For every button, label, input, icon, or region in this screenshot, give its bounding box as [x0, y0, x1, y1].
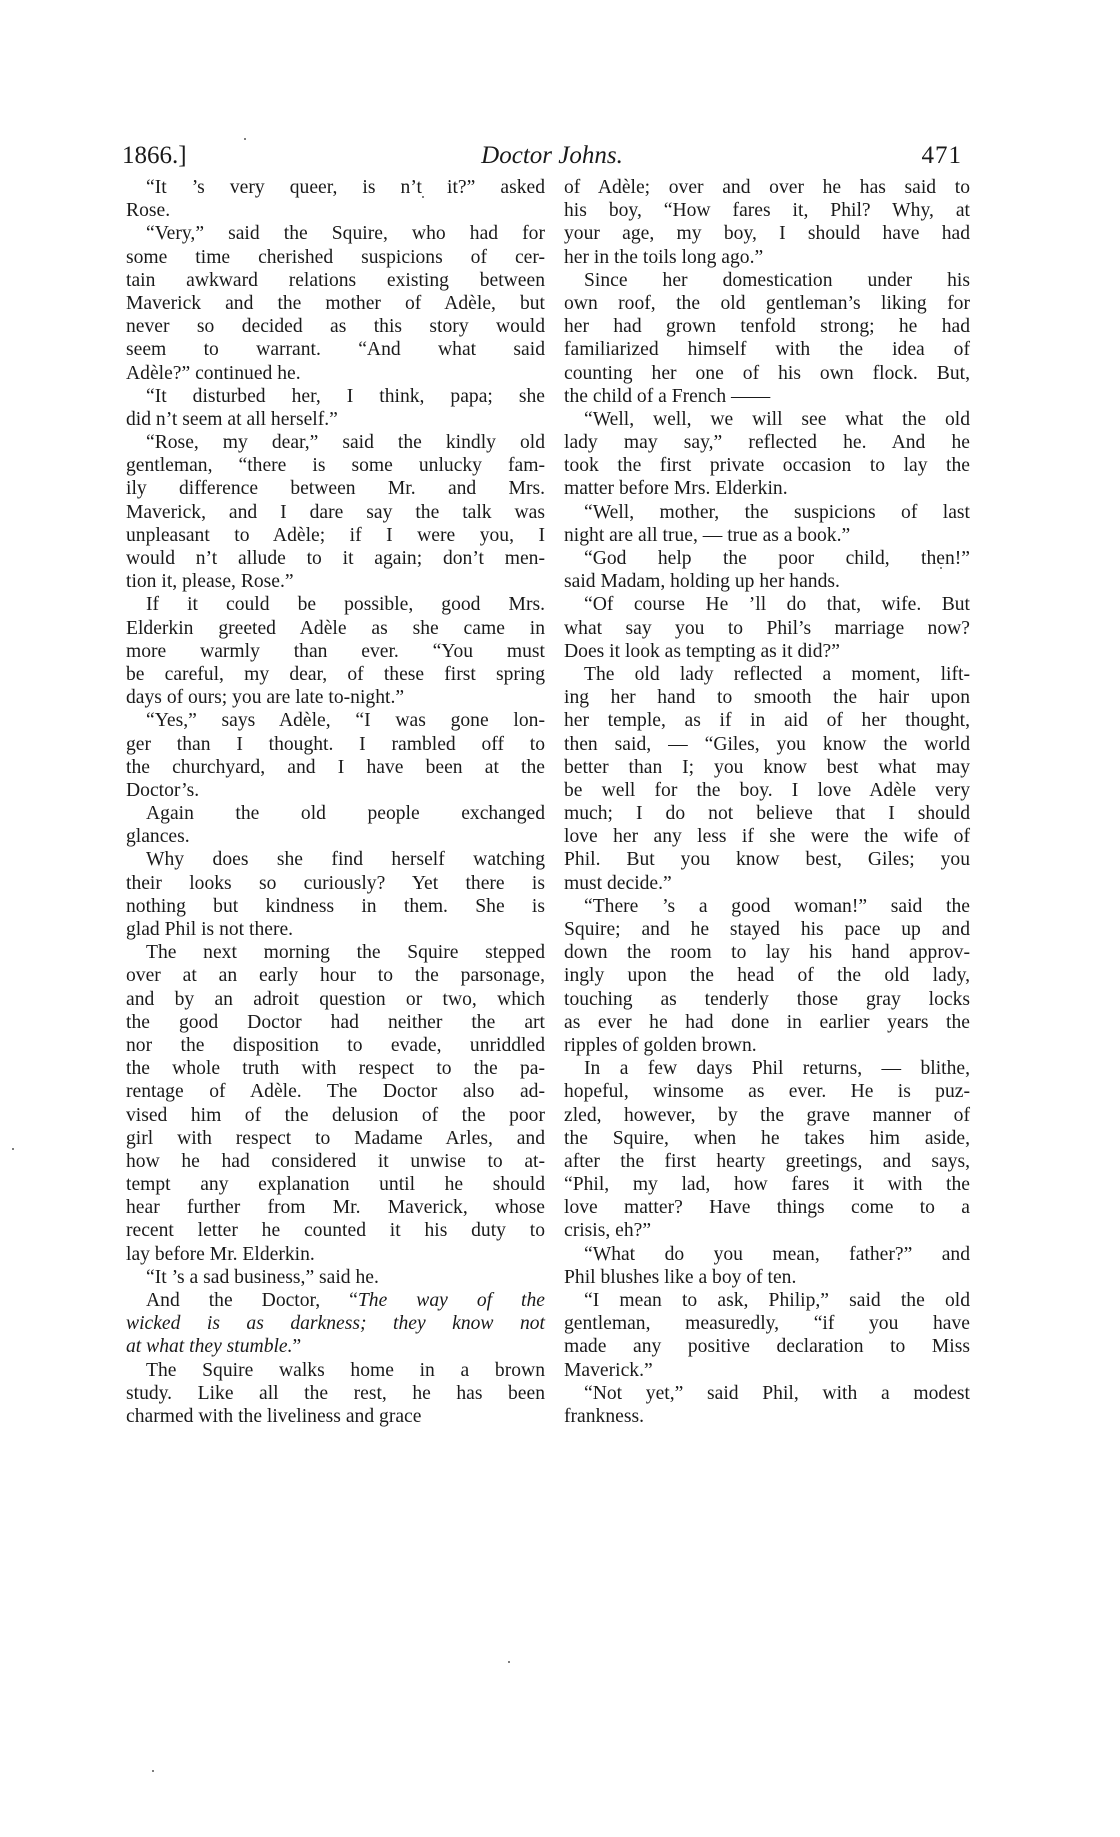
text-line: how he had considered it unwise to at- — [126, 1150, 545, 1173]
text-line: The Squire walks home in a brown — [126, 1359, 545, 1382]
paragraph: “What do you mean, father?” andPhil blus… — [564, 1243, 970, 1289]
paragraph: “It ’s a sad business,” said he. — [126, 1266, 545, 1289]
print-speck — [940, 567, 942, 569]
paragraph: “Rose, my dear,” said the kindly oldgent… — [126, 431, 545, 593]
text-line: and by an adroit question or two, which — [126, 988, 545, 1011]
text-line: days of ours; you are late to-night.” — [126, 686, 545, 709]
text-line: “Of course He ’ll do that, wife. But — [564, 593, 970, 616]
text-line: “Very,” said the Squire, who had for — [126, 222, 545, 245]
text-line: “Yes,” says Adèle, “I was gone lon- — [126, 709, 545, 732]
paragraph: “Of course He ’ll do that, wife. Butwhat… — [564, 593, 970, 663]
text-line: Maverick and the mother of Adèle, but — [126, 292, 545, 315]
text-line: ing her hand to smooth the hair upon — [564, 686, 970, 709]
text-line: the whole truth with respect to the pa- — [126, 1057, 545, 1080]
text-line: gentleman, measuredly, “if you have — [564, 1312, 970, 1335]
italic-quote: The way of the — [358, 1290, 545, 1311]
text-line: Again the old people exchanged — [126, 802, 545, 825]
text-line: “It ’s very queer, is n’t it?” asked — [126, 176, 545, 199]
running-head-title: Doctor Johns. — [120, 138, 962, 174]
print-speck — [152, 1770, 154, 1772]
text-line: nor the disposition to evade, unriddled — [126, 1034, 545, 1057]
paragraph: “There ’s a good woman!” said theSquire;… — [564, 895, 970, 1057]
text-line: Adèle?” continued he. — [126, 362, 545, 385]
text-line: recent letter he counted it his duty to — [126, 1219, 545, 1242]
text-line: counting her one of his own flock. But, — [564, 362, 970, 385]
text-line: Maverick.” — [564, 1359, 970, 1382]
text-line: touching as tenderly those gray locks — [564, 988, 970, 1011]
text-line: rentage of Adèle. The Doctor also ad- — [126, 1080, 545, 1103]
text-line: “It ’s a sad business,” said he. — [126, 1266, 545, 1289]
paragraph: Why does she find herself watchingtheir … — [126, 848, 545, 941]
text-line: love matter? Have things come to a — [564, 1196, 970, 1219]
text-line: at what they stumble.” — [126, 1335, 545, 1358]
paragraph: The old lady reflected a moment, lift-in… — [564, 663, 970, 895]
text-line: Since her domestication under his — [564, 269, 970, 292]
text-line: seem to warrant. “And what said — [126, 338, 545, 361]
text-line: lay before Mr. Elderkin. — [126, 1243, 545, 1266]
text-line: made any positive declaration to Miss — [564, 1335, 970, 1358]
text-line: Doctor’s. — [126, 779, 545, 802]
paragraph: of Adèle; over and over he has said tohi… — [564, 176, 970, 269]
text-line: after the first hearty greetings, and sa… — [564, 1150, 970, 1173]
text-line: down the room to lay his hand approv- — [564, 941, 970, 964]
text-line: Phil. But you know best, Giles; you — [564, 848, 970, 871]
text-line: more warmly than ever. “You must — [126, 640, 545, 663]
text-segment: ” — [293, 1336, 302, 1357]
text-segment: And the Doctor, “ — [146, 1290, 358, 1311]
paragraph: The Squire walks home in a brownstudy. L… — [126, 1359, 545, 1429]
paragraph: “Yes,” says Adèle, “I was gone lon-ger t… — [126, 709, 545, 802]
text-line: nothing but kindness in them. She is — [126, 895, 545, 918]
text-line: better than I; you know best what may — [564, 756, 970, 779]
text-line: then said, — “Giles, you know the world — [564, 733, 970, 756]
paragraph: Since her domestication under hisown roo… — [564, 269, 970, 408]
text-line: “Not yet,” said Phil, with a modest — [564, 1382, 970, 1405]
text-line: would n’t allude to it again; don’t men- — [126, 547, 545, 570]
paragraph: “It ’s very queer, is n’t it?” askedRose… — [126, 176, 545, 222]
italic-quote: at what they stumble. — [126, 1336, 293, 1357]
text-line: hear further from Mr. Maverick, whose — [126, 1196, 545, 1219]
text-line: her in the toils long ago.” — [564, 246, 970, 269]
text-line: “It disturbed her, I think, papa; she — [126, 385, 545, 408]
text-line: familiarized himself with the idea of — [564, 338, 970, 361]
text-line: Elderkin greeted Adèle as she came in — [126, 617, 545, 640]
text-line: Phil blushes like a boy of ten. — [564, 1266, 970, 1289]
text-line: matter before Mrs. Elderkin. — [564, 477, 970, 500]
text-line: “Phil, my lad, how fares it with the — [564, 1173, 970, 1196]
text-line: study. Like all the rest, he has been — [126, 1382, 545, 1405]
text-line: tempt any explanation until he should — [126, 1173, 545, 1196]
text-line: his boy, “How fares it, Phil? Why, at — [564, 199, 970, 222]
text-line: their looks so curiously? Yet there is — [126, 872, 545, 895]
text-line: some time cherished suspicions of cer- — [126, 246, 545, 269]
right-column: of Adèle; over and over he has said tohi… — [564, 176, 970, 1428]
paragraph: Again the old people exchangedglances. — [126, 802, 545, 848]
paragraph: In a few days Phil returns, — blithe,hop… — [564, 1057, 970, 1243]
paragraph: “Well, mother, the suspicions of lastnig… — [564, 501, 970, 547]
text-line: over at an early hour to the parsonage, — [126, 964, 545, 987]
paragraph: “I mean to ask, Philip,” said the oldgen… — [564, 1289, 970, 1382]
text-line: be careful, my dear, of these first spri… — [126, 663, 545, 686]
text-line: own roof, the old gentleman’s liking for — [564, 292, 970, 315]
running-head: 1866.] Doctor Johns. 471 — [120, 138, 962, 174]
text-line: ily difference between Mr. and Mrs. — [126, 477, 545, 500]
text-line: The old lady reflected a moment, lift- — [564, 663, 970, 686]
text-line: In a few days Phil returns, — blithe, — [564, 1057, 970, 1080]
text-line: did n’t seem at all herself.” — [126, 408, 545, 431]
text-line: what say you to Phil’s marriage now? — [564, 617, 970, 640]
paragraph: “Very,” said the Squire, who had forsome… — [126, 222, 545, 384]
left-column: “It ’s very queer, is n’t it?” askedRose… — [126, 176, 545, 1428]
text-line: “Well, well, we will see what the old — [564, 408, 970, 431]
text-line: “What do you mean, father?” and — [564, 1243, 970, 1266]
text-line: the good Doctor had neither the art — [126, 1011, 545, 1034]
print-speck — [12, 1148, 14, 1150]
text-line: glad Phil is not there. — [126, 918, 545, 941]
text-line: must decide.” — [564, 872, 970, 895]
paragraph: “It disturbed her, I think, papa; shedid… — [126, 385, 545, 431]
print-speck — [508, 1661, 510, 1663]
paragraph: And the Doctor, “The way of thewicked is… — [126, 1289, 545, 1359]
text-line: “Well, mother, the suspicions of last — [564, 501, 970, 524]
print-speck — [422, 196, 424, 198]
text-line: love her any less if she were the wife o… — [564, 825, 970, 848]
text-line: her temple, as if in aid of her thought, — [564, 709, 970, 732]
text-line: Maverick, and I dare say the talk was — [126, 501, 545, 524]
text-line: of Adèle; over and over he has said to — [564, 176, 970, 199]
text-line: ingly upon the head of the old lady, — [564, 964, 970, 987]
text-line: Rose. — [126, 199, 545, 222]
text-line: The next morning the Squire stepped — [126, 941, 545, 964]
text-line: vised him of the delusion of the poor — [126, 1104, 545, 1127]
text-line: lady may say,” reflected he. And he — [564, 431, 970, 454]
text-line: tain awkward relations existing between — [126, 269, 545, 292]
text-line: And the Doctor, “The way of the — [126, 1289, 545, 1312]
text-line: as ever he had done in earlier years the — [564, 1011, 970, 1034]
text-line: her had grown tenfold strong; he had — [564, 315, 970, 338]
paragraph: If it could be possible, good Mrs.Elderk… — [126, 593, 545, 709]
text-line: girl with respect to Madame Arles, and — [126, 1127, 545, 1150]
text-line: ripples of golden brown. — [564, 1034, 970, 1057]
text-line: If it could be possible, good Mrs. — [126, 593, 545, 616]
text-line: the churchyard, and I have been at the — [126, 756, 545, 779]
book-page: 1866.] Doctor Johns. 471 “It ’s very que… — [0, 0, 1120, 1837]
text-line: never so decided as this story would — [126, 315, 545, 338]
text-line: glances. — [126, 825, 545, 848]
text-line: unpleasant to Adèle; if I were you, I — [126, 524, 545, 547]
text-line: said Madam, holding up her hands. — [564, 570, 970, 593]
text-line: took the first private occasion to lay t… — [564, 454, 970, 477]
text-line: “God help the poor child, then!” — [564, 547, 970, 570]
text-line: “There ’s a good woman!” said the — [564, 895, 970, 918]
text-line: Why does she find herself watching — [126, 848, 545, 871]
text-line: the child of a French —— — [564, 385, 970, 408]
text-line: “I mean to ask, Philip,” said the old — [564, 1289, 970, 1312]
text-line: hopeful, winsome as ever. He is puz- — [564, 1080, 970, 1103]
text-line: the Squire, when he takes him aside, — [564, 1127, 970, 1150]
text-line: crisis, eh?” — [564, 1219, 970, 1242]
page-number: 471 — [922, 138, 963, 174]
text-line: tion it, please, Rose.” — [126, 570, 545, 593]
text-line: frankness. — [564, 1405, 970, 1428]
text-line: Does it look as tempting as it did?” — [564, 640, 970, 663]
text-line: be well for the boy. I love Adèle very — [564, 779, 970, 802]
text-line: much; I do not believe that I should — [564, 802, 970, 825]
text-line: “Rose, my dear,” said the kindly old — [126, 431, 545, 454]
print-speck — [244, 138, 246, 140]
text-line: your age, my boy, I should have had — [564, 222, 970, 245]
text-line: night are all true, — true as a book.” — [564, 524, 970, 547]
text-line: ger than I thought. I rambled off to — [126, 733, 545, 756]
text-line: gentleman, “there is some unlucky fam- — [126, 454, 545, 477]
italic-quote: wicked is as darkness; they know not — [126, 1313, 545, 1334]
text-line: wicked is as darkness; they know not — [126, 1312, 545, 1335]
paragraph: “God help the poor child, then!”said Mad… — [564, 547, 970, 593]
paragraph: The next morning the Squire steppedover … — [126, 941, 545, 1266]
paragraph: “Not yet,” said Phil, with a modestfrank… — [564, 1382, 970, 1428]
paragraph: “Well, well, we will see what the oldlad… — [564, 408, 970, 501]
text-line: Squire; and he stayed his pace up and — [564, 918, 970, 941]
text-line: zled, however, by the grave manner of — [564, 1104, 970, 1127]
text-line: charmed with the liveliness and grace — [126, 1405, 545, 1428]
